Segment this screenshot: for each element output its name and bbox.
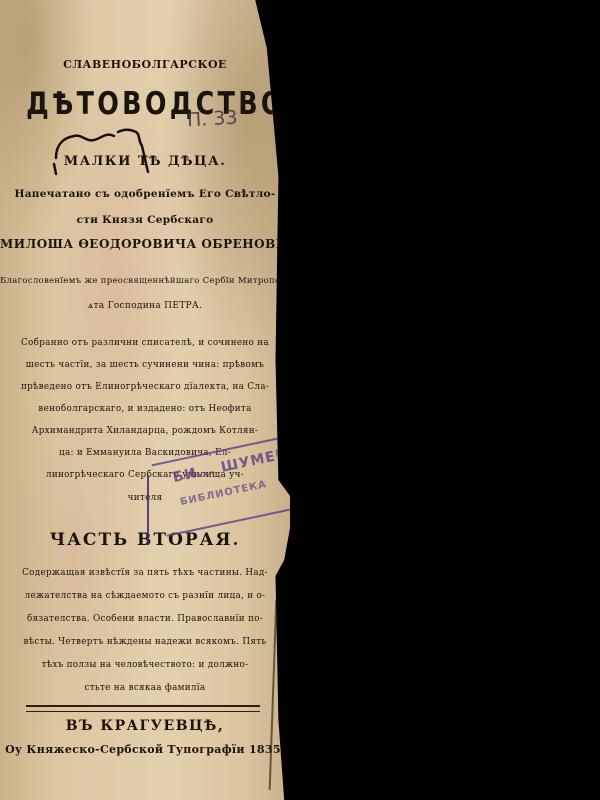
body-line: веноболгарскаго, и издадено: отъ Неофита xyxy=(0,404,290,414)
body-line: шесть частїи, за шесть сучинени чина: пр… xyxy=(0,360,290,370)
contents-line: Содержащая извѣстїя за пять тѣхъ частины… xyxy=(0,568,290,578)
imprint-press: Оу Княжеско-Сербской Тупографїи 1835. xyxy=(0,743,290,756)
contents-line: вѣсты. Четвертъ нѣждены надежи всякомъ. … xyxy=(0,637,290,647)
handwritten-shelfmark: П. 33 xyxy=(186,107,238,132)
dedication-line: Напечатано съ одобренїемъ Его Свѣтло- xyxy=(0,188,290,200)
stamp-vertical-mark xyxy=(147,475,149,545)
stamp-line-2: БИБЛИОТЕКА xyxy=(179,479,268,508)
contents-line: стьте на всякаа фамилїа xyxy=(0,683,290,693)
divider-rule xyxy=(26,705,260,712)
part-title: ЧАСТЬ ВТОРАЯ. xyxy=(0,530,290,550)
body-line: прѣведено отъ Елиногрѣческаго дїалекта, … xyxy=(0,382,290,392)
dedication-line: Благословенїемъ же преосвященнѣйшаго Сер… xyxy=(0,276,290,286)
title-page: СЛАВЕНОБОЛГАРСКОЕ ДѢТОВОДСТВО П. 33 МАЛК… xyxy=(0,0,290,800)
dedication-line: ѧта Господина ПЕТРА. xyxy=(0,300,290,311)
contents-line: лежателства на сѣждаемото съ разнїи лица… xyxy=(0,591,290,601)
page-edge-crease xyxy=(269,600,278,790)
body-line: Архимандрита Хиландарца, рождомъ Котлян- xyxy=(0,426,290,436)
contents-line: тѣхъ ползы на человѣчеството: и должно- xyxy=(0,660,290,670)
imprint-city: ВЪ КРАГУЕВЦѢ, xyxy=(0,718,290,734)
contents-line: бязателства. Особени власти. Православнї… xyxy=(0,614,290,624)
header-text: СЛАВЕНОБОЛГАРСКОЕ xyxy=(0,58,290,71)
body-line: Собранно отъ различни списателѣ, и сочин… xyxy=(0,338,290,348)
scan-viewport: СЛАВЕНОБОЛГАРСКОЕ ДѢТОВОДСТВО П. 33 МАЛК… xyxy=(0,0,600,800)
dedication-line: сти Князя Сербскаго xyxy=(0,214,290,226)
dedication-line: МИЛОША ѲЕОДОРОВИЧА ОБРЕНОВИЧА: xyxy=(0,237,290,251)
subtitle: МАЛКИ ТѢ ДѢЦА. xyxy=(0,154,290,169)
